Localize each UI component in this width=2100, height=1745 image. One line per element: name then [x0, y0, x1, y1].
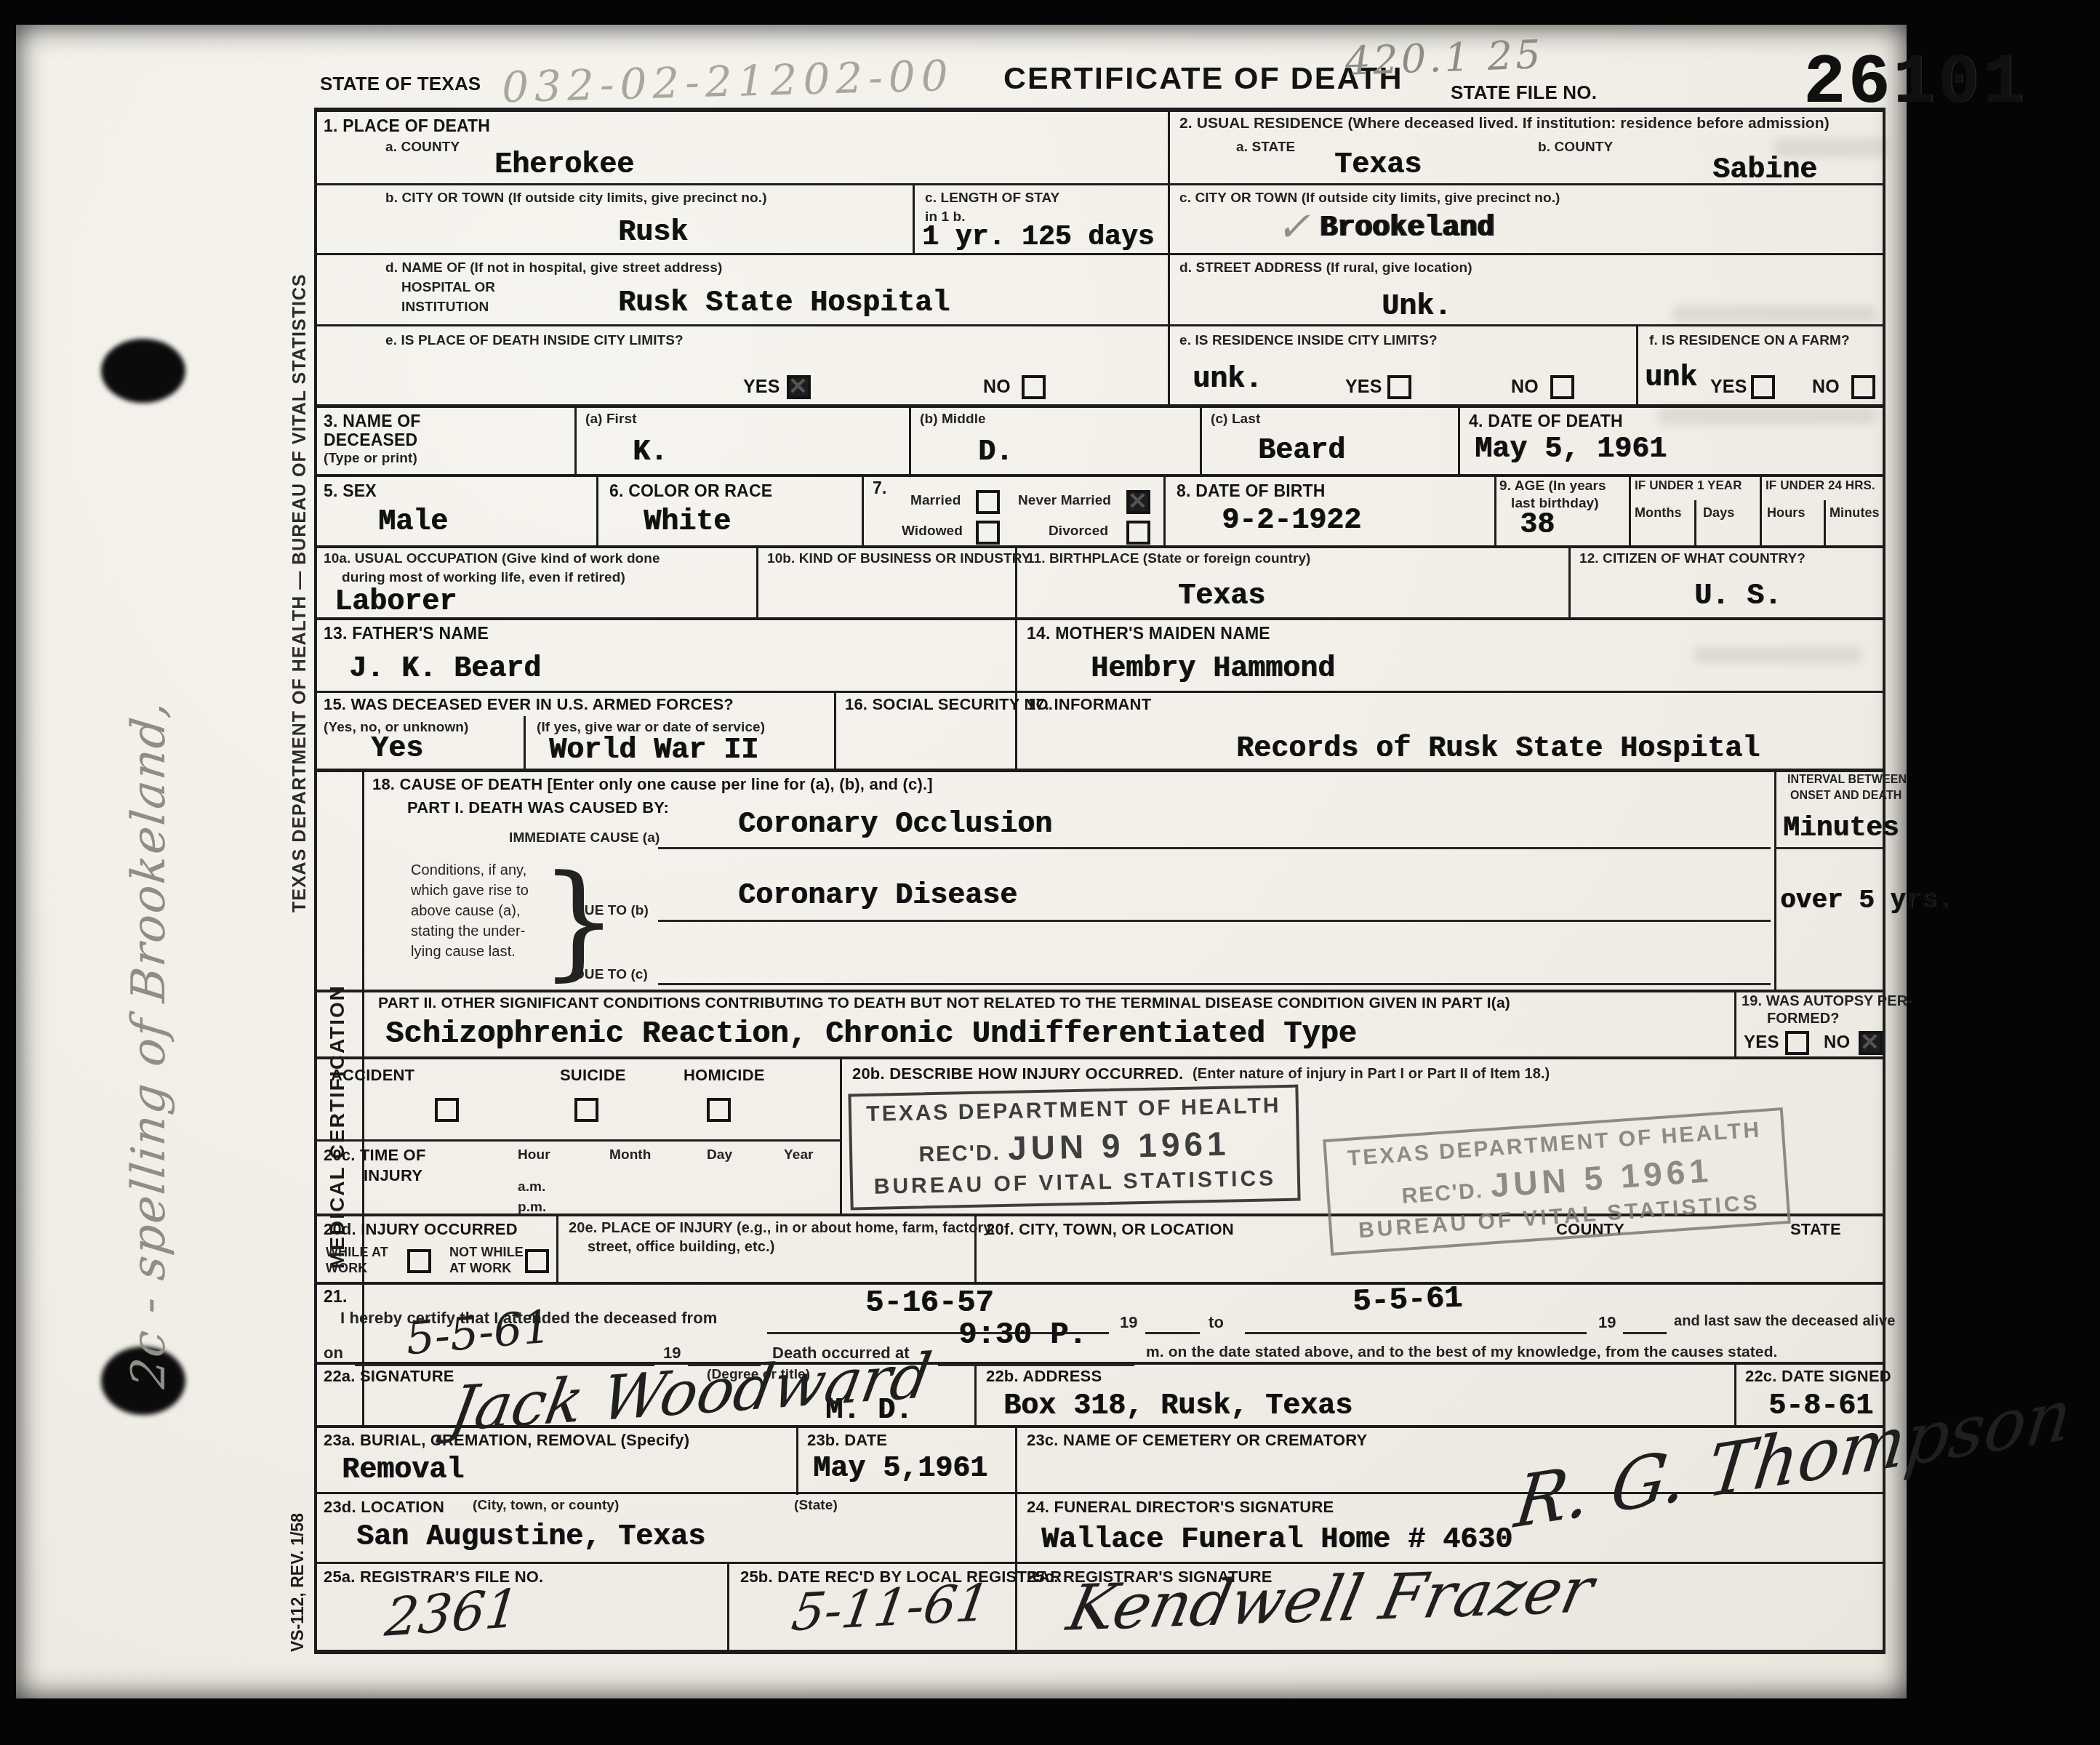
residence-city-checkmark: ✓ — [1276, 204, 1310, 251]
race-value: White — [644, 506, 731, 539]
place-limits-yes-label: YES — [743, 377, 780, 398]
farm-label: f. IS RESIDENCE ON A FARM? — [1649, 333, 1850, 349]
conditions-line-3: above cause (a), — [411, 903, 521, 920]
burial-value: Removal — [342, 1454, 464, 1487]
minutes-label: Minutes — [1830, 505, 1880, 521]
residence-city-value: Brookeland — [1320, 212, 1494, 245]
farm-value: unk — [1645, 362, 1697, 395]
dob-value: 9-2-1922 — [1222, 505, 1361, 537]
how-injury-sub: (Enter nature of injury in Part I or Par… — [1193, 1066, 1550, 1083]
bleed-through-smudge — [1694, 647, 1861, 663]
margin-medical-certification-label: MEDICAL CERTIFICATION — [326, 833, 349, 1269]
certify-text-3: m. on the date stated above, and to the … — [1146, 1344, 1778, 1361]
accident-checkbox — [435, 1098, 459, 1122]
middle-name-label: (b) Middle — [920, 412, 986, 428]
industry-label: 10b. KIND OF BUSINESS OR INDUSTRY — [767, 551, 1031, 567]
place-of-death-title: 1. PLACE OF DEATH — [324, 116, 490, 136]
name-label-3: (Type or print) — [324, 451, 417, 467]
father-label: 13. FATHER'S NAME — [324, 624, 489, 643]
immediate-cause-label: IMMEDIATE CAUSE (a) — [509, 830, 660, 846]
document-title: CERTIFICATE OF DEATH — [1003, 61, 1403, 97]
address-label: 22b. ADDRESS — [986, 1367, 1102, 1386]
due-to-c-label: DUE TO (c) — [574, 967, 648, 983]
stamp-recd-label: REC'D. — [918, 1141, 1001, 1166]
suicide-label: SUICIDE — [560, 1066, 626, 1085]
name-label-1: 3. NAME OF — [324, 412, 421, 431]
occupation-label-1: 10a. USUAL OCCUPATION (Give kind of work… — [324, 551, 660, 567]
place-of-injury-label-1: 20e. PLACE OF INJURY (e.g., in or about … — [569, 1220, 995, 1237]
date-of-death-label: 4. DATE OF DEATH — [1469, 412, 1623, 431]
birthplace-value: Texas — [1178, 580, 1265, 613]
margin-pencil-note: 2c - spelling of Brookeland, — [122, 382, 176, 1391]
war-value: World War II — [549, 734, 758, 767]
birthplace-label: 11. BIRTHPLACE (State or foreign country… — [1027, 551, 1310, 567]
informant-value: Records of Rusk State Hospital — [1236, 733, 1760, 766]
time-of-injury-label-1: 20c. TIME OF — [324, 1146, 426, 1165]
certify-19-a: 19 — [1120, 1313, 1138, 1332]
armed-forces-sub2: (If yes, give war or date of service) — [537, 720, 765, 736]
autopsy-yes-label: YES — [1744, 1032, 1779, 1053]
residence-limits-value: unk. — [1193, 364, 1262, 396]
marital-label: 7. — [873, 478, 887, 498]
time-of-injury-label-2: INJURY — [364, 1166, 422, 1185]
mother-label: 14. MOTHER'S MAIDEN NAME — [1027, 624, 1270, 643]
state-file-no-label: STATE FILE NO. — [1451, 81, 1597, 104]
autopsy-yes-checkbox — [1785, 1031, 1809, 1055]
certify-number: 21. — [324, 1287, 348, 1307]
ssn-label: 16. SOCIAL SECURITY NO. — [845, 695, 1053, 714]
stamp-bureau-line: BUREAU OF VITAL STATISTICS — [866, 1166, 1285, 1200]
funeral-director-label: 24. FUNERAL DIRECTOR'S SIGNATURE — [1027, 1498, 1334, 1517]
received-stamp-jun9: TEXAS DEPARTMENT OF HEALTH REC'D. JUN 9 … — [848, 1085, 1300, 1211]
name-label-2: DECEASED — [324, 430, 417, 450]
residence-limits-no-label: NO — [1511, 377, 1539, 398]
due-to-b-value: Coronary Disease — [738, 880, 1017, 912]
mother-value: Hembry Hammond — [1091, 653, 1335, 686]
not-while-at-work-checkbox — [525, 1249, 549, 1273]
how-injury-label: 20b. DESCRIBE HOW INJURY OCCURRED. — [852, 1064, 1183, 1083]
location-value: San Augustine, Texas — [356, 1521, 705, 1554]
certify-19-b: 19 — [1598, 1313, 1616, 1332]
farm-yes-checkbox — [1751, 375, 1775, 399]
father-value: J. K. Beard — [349, 653, 541, 686]
residence-limits-yes-label: YES — [1345, 377, 1382, 398]
am-label: a.m. — [518, 1179, 545, 1195]
immediate-cause-value: Coronary Occlusion — [738, 809, 1052, 841]
never-married-checkbox-checked — [1126, 490, 1150, 514]
residence-state-label: a. STATE — [1236, 140, 1295, 156]
scanned-death-certificate: { "common": {"yes": "YES", "no": "NO", "… — [0, 0, 2100, 1745]
due-to-b-label: DUE TO (b) — [574, 903, 649, 919]
part2-label: PART II. OTHER SIGNIFICANT CONDITIONS CO… — [378, 995, 1510, 1012]
under-24-hrs-label: IF UNDER 24 HRS. — [1766, 478, 1875, 493]
place-city-value: Rusk — [618, 217, 688, 249]
homicide-label: HOMICIDE — [684, 1066, 765, 1085]
place-limits-label: e. IS PLACE OF DEATH INSIDE CITY LIMITS? — [385, 333, 684, 349]
stamp-recd-label: REC'D. — [1401, 1179, 1485, 1208]
autopsy-no-checkbox-checked — [1859, 1031, 1883, 1055]
burial-date-label: 23b. DATE — [807, 1431, 887, 1450]
not-while-label-1: NOT WHILE — [449, 1245, 524, 1260]
part2-value: Schizophrenic Reaction, Chronic Undiffer… — [385, 1016, 1357, 1051]
header-pencil-note: 420.1 25 — [1344, 31, 1544, 84]
residence-title: 2. USUAL RESIDENCE (Where deceased lived… — [1179, 115, 1830, 132]
farm-yes-label: YES — [1710, 377, 1747, 398]
interval-label-2: ONSET AND DEATH — [1790, 790, 1902, 803]
while-at-work-label-2: WORK — [326, 1261, 367, 1276]
form-number: VS-112, REV. 1/58 — [288, 1477, 308, 1652]
age-label-1: 9. AGE (In years — [1499, 478, 1606, 494]
farm-no-checkbox — [1851, 375, 1875, 399]
street-address-value: Unk. — [1382, 291, 1451, 324]
months-label: Months — [1635, 505, 1682, 521]
date-signed-label: 22c. DATE SIGNED — [1745, 1367, 1891, 1386]
certify-from-date: 5-16-57 — [865, 1285, 993, 1320]
cemetery-label: 23c. NAME OF CEMETERY OR CREMATORY — [1027, 1431, 1367, 1450]
injury-state-label: STATE — [1790, 1220, 1841, 1239]
sex-label: 5. SEX — [324, 481, 377, 501]
race-label: 6. COLOR OR RACE — [609, 481, 772, 501]
residence-limits-label: e. IS RESIDENCE INSIDE CITY LIMITS? — [1179, 333, 1438, 349]
citizen-label: 12. CITIZEN OF WHAT COUNTRY? — [1579, 551, 1806, 567]
occupation-label-2: during most of working life, even if ret… — [342, 570, 625, 586]
certify-to-word: to — [1209, 1313, 1224, 1332]
hospital-label-1: d. NAME OF (If not in hospital, give str… — [385, 260, 722, 276]
divorced-label: Divorced — [1049, 523, 1108, 539]
conditions-line-5: lying cause last. — [411, 944, 516, 960]
residence-city-label: c. CITY OR TOWN (If outside city limits,… — [1179, 190, 1560, 206]
autopsy-label-1: 19. WAS AUTOPSY PER- — [1742, 993, 1912, 1010]
residence-state-value: Texas — [1334, 149, 1422, 182]
length-of-stay-value: 1 yr. 125 days — [922, 222, 1154, 253]
farm-no-label: NO — [1812, 377, 1840, 398]
hospital-label-3: INSTITUTION — [401, 300, 489, 316]
certify-text-2: and last saw the deceased alive — [1674, 1313, 1895, 1330]
conditions-line-2: which gave rise to — [411, 883, 529, 899]
never-married-label: Never Married — [1018, 493, 1111, 509]
hours-label: Hours — [1767, 505, 1806, 521]
dob-label: 8. DATE OF BIRTH — [1177, 481, 1326, 501]
married-label: Married — [910, 493, 961, 509]
margin-bureau-text: TEXAS DEPARTMENT OF HEALTH — BUREAU OF V… — [289, 331, 310, 912]
occupation-value: Laborer — [334, 586, 457, 619]
funeral-home-value: Wallace Funeral Home # 4630 — [1041, 1524, 1512, 1557]
autopsy-label-2: FORMED? — [1767, 1011, 1840, 1027]
burial-date-value: May 5,1961 — [813, 1453, 987, 1485]
autopsy-no-label: NO — [1824, 1032, 1850, 1053]
month-label: Month — [609, 1147, 651, 1163]
certify-on-word: on — [324, 1344, 343, 1363]
middle-name-value: D. — [978, 436, 1013, 469]
location-sub-1: (City, town, or county) — [473, 1498, 619, 1514]
while-at-work-label-1: WHILE AT — [326, 1245, 388, 1260]
place-county-label: a. COUNTY — [385, 140, 460, 156]
citizen-value: U. S. — [1694, 580, 1782, 613]
residence-limits-no-checkbox — [1550, 375, 1574, 399]
hospital-value: Rusk State Hospital — [618, 287, 950, 320]
header-state: STATE OF TEXAS — [320, 73, 481, 95]
first-name-label: (a) First — [585, 412, 637, 428]
place-of-injury-label-2: street, office building, etc.) — [588, 1239, 774, 1256]
armed-forces-value: Yes — [371, 733, 423, 766]
accident-label: ACCIDENT — [331, 1066, 414, 1085]
conditions-line-1: Conditions, if any, — [411, 862, 526, 879]
signature-label: 22a. SIGNATURE — [324, 1367, 454, 1386]
place-county-value: Eherokee — [494, 149, 634, 182]
hospital-label-2: HOSPITAL OR — [401, 280, 495, 296]
location-label: 23d. LOCATION — [324, 1498, 444, 1517]
interval-b-value: over 5 yrs. — [1780, 886, 1953, 915]
bleed-through-smudge — [1658, 407, 1876, 425]
stamp-date: JUN 9 1961 — [1008, 1125, 1231, 1167]
place-limits-no-label: NO — [983, 377, 1011, 398]
suicide-checkbox — [574, 1098, 598, 1122]
pm-label: p.m. — [518, 1200, 546, 1216]
date-of-death-value: May 5, 1961 — [1475, 433, 1667, 466]
part1-label: PART I. DEATH WAS CAUSED BY: — [407, 798, 669, 817]
residence-limits-yes-checkbox — [1387, 375, 1411, 399]
last-name-value: Beard — [1258, 435, 1345, 468]
divorced-checkbox — [1126, 521, 1150, 545]
residence-county-value: Sabine — [1712, 154, 1817, 187]
days-label: Days — [1703, 505, 1734, 521]
street-address-label: d. STREET ADDRESS (If rural, give locati… — [1179, 260, 1472, 276]
age-value: 38 — [1520, 509, 1555, 542]
length-of-stay-label: c. LENGTH OF STAY — [925, 190, 1059, 206]
informant-label: 17. INFORMANT — [1027, 695, 1151, 714]
widowed-checkbox — [976, 521, 1000, 545]
married-checkbox — [976, 490, 1000, 514]
place-limits-yes-checkbox-checked — [787, 375, 811, 399]
certify-to-date: 5-5-61 — [1352, 1280, 1463, 1319]
cause-title: 18. CAUSE OF DEATH [Enter only one cause… — [372, 775, 933, 794]
place-city-label: b. CITY OR TOWN (If outside city limits,… — [385, 190, 767, 206]
armed-forces-label: 15. WAS DECEASED EVER IN U.S. ARMED FORC… — [324, 695, 734, 714]
under-1-year-label: IF UNDER 1 YEAR — [1635, 478, 1742, 493]
interval-a-value: Minutes — [1783, 813, 1899, 844]
registrar-file-value: 2361 — [382, 1577, 522, 1648]
year-label: Year — [784, 1147, 814, 1163]
first-name-value: K. — [633, 436, 668, 469]
injury-occurred-label: 20d. INJURY OCCURRED — [324, 1220, 518, 1239]
last-name-label: (c) Last — [1211, 412, 1260, 428]
stamp-agency-line: TEXAS DEPARTMENT OF HEALTH — [865, 1094, 1283, 1127]
interval-label-1: INTERVAL BETWEEN — [1787, 774, 1907, 787]
hour-label: Hour — [518, 1147, 550, 1163]
injury-city-label: 20f. CITY, TOWN, OR LOCATION — [986, 1220, 1234, 1239]
certify-time: 9:30 P. — [958, 1317, 1086, 1352]
not-while-label-2: AT WORK — [449, 1261, 511, 1276]
day-label: Day — [707, 1147, 732, 1163]
place-limits-no-checkbox — [1022, 375, 1046, 399]
location-sub-2: (State) — [794, 1498, 838, 1514]
conditions-line-4: stating the under- — [411, 923, 525, 940]
sex-value: Male — [378, 506, 448, 539]
homicide-checkbox — [707, 1098, 731, 1122]
registrar-date-value: 5-11-61 — [788, 1573, 994, 1643]
residence-county-label: b. COUNTY — [1538, 140, 1613, 156]
address-value: Box 318, Rusk, Texas — [1003, 1390, 1352, 1423]
while-at-work-checkbox — [407, 1249, 431, 1273]
widowed-label: Widowed — [902, 523, 963, 539]
bleed-through-smudge — [1672, 305, 1876, 323]
